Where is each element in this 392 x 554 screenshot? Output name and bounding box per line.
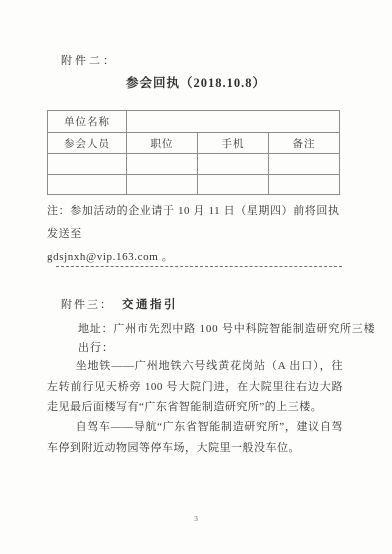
receipt-title: 参会回执（2018.10.8） <box>0 73 392 91</box>
table-row <box>48 154 340 175</box>
driving-directions-paragraph: 自驾车——导航“广东省智能制造研究所”，建议自驾车停到附近动物园等停车场，大院里… <box>47 417 343 458</box>
header-participants: 参会人员 <box>48 133 127 154</box>
note-line-1: 注：参加活动的企业请于 10 月 11 日（星期四）前将回执发送至 <box>47 200 343 246</box>
table-cell <box>269 175 340 195</box>
note-paragraph: 注：参加活动的企业请于 10 月 11 日（星期四）前将回执发送至 gdsjnx… <box>47 200 343 269</box>
address-line: 地址：广州市先烈中路 100 号中科院智能制造研究所三楼 <box>78 320 375 336</box>
document-page: 附件二： 参会回执（2018.10.8） 单位名称 参会人员 职位 手机 备注 … <box>0 0 392 554</box>
metro-directions-paragraph: 坐地铁——广州地铁六号线黄花岗站（A 出口），往左转前行见天桥旁 100 号大院… <box>47 356 343 418</box>
reply-table: 单位名称 参会人员 职位 手机 备注 <box>47 110 340 195</box>
attachment-3-title: 交通指引 <box>122 299 178 311</box>
attachment-2-label: 附件二： <box>61 52 117 68</box>
table-header-row: 参会人员 职位 手机 备注 <box>48 133 340 154</box>
table-cell <box>48 175 127 195</box>
unit-name-label: 单位名称 <box>48 111 127 133</box>
table-cell <box>198 175 269 195</box>
header-position: 职位 <box>127 133 198 154</box>
header-mobile: 手机 <box>198 133 269 154</box>
unit-name-value-cell <box>127 111 340 133</box>
travel-label: 出行： <box>78 339 114 355</box>
table-row <box>48 175 340 195</box>
dashed-divider <box>56 266 342 267</box>
table-row: 单位名称 <box>48 111 340 133</box>
table-cell <box>198 154 269 175</box>
table-cell <box>48 154 127 175</box>
header-remarks: 备注 <box>269 133 340 154</box>
attachment-3-label: 附件三： <box>61 299 113 311</box>
table-cell <box>127 154 198 175</box>
table-cell <box>127 175 198 195</box>
table-cell <box>269 154 340 175</box>
attachment-3-heading: 附件三：交通指引 <box>61 296 178 312</box>
page-number: 3 <box>0 514 392 523</box>
